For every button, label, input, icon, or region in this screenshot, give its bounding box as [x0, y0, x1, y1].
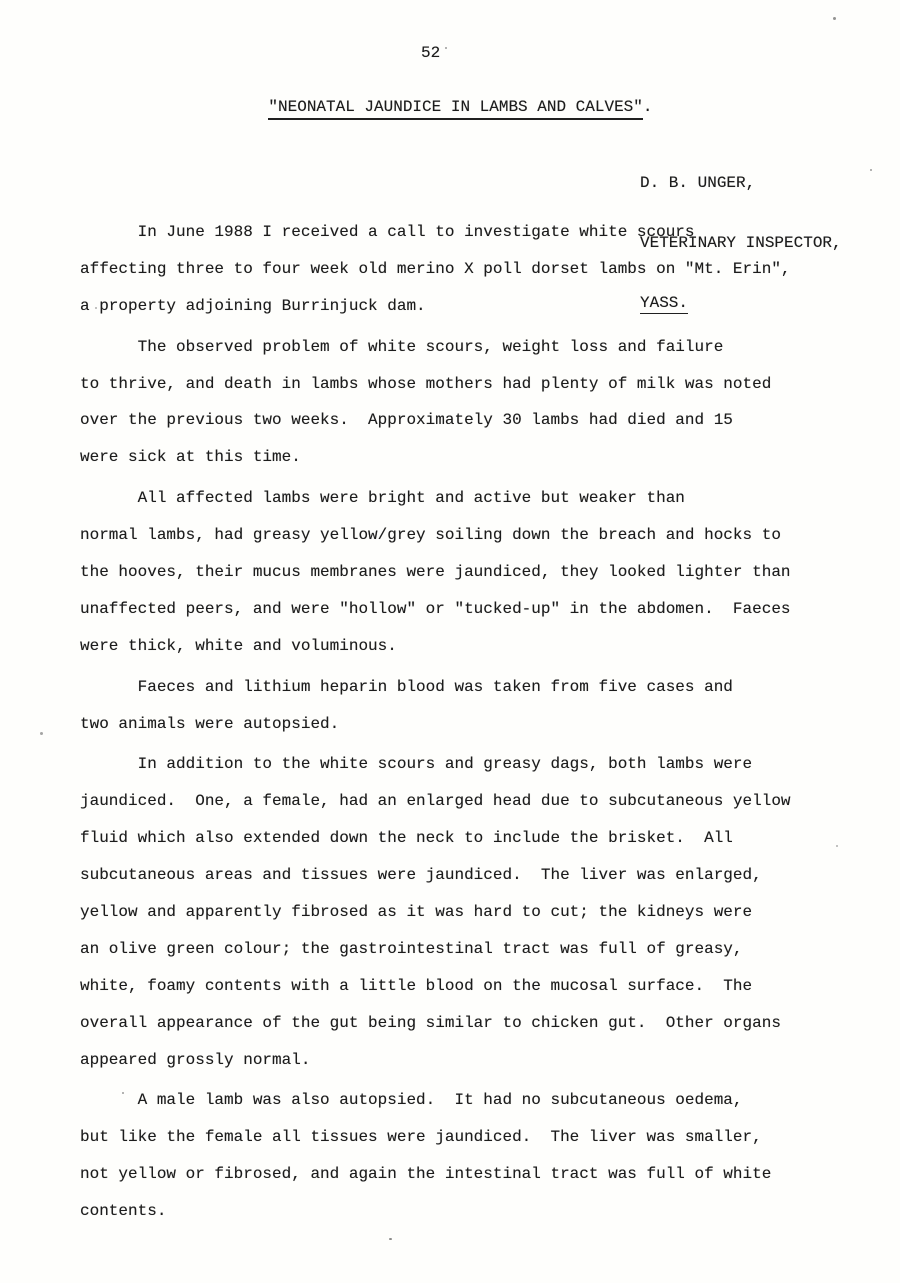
- text-line: but like the female all tissues were jau…: [80, 1119, 870, 1156]
- paragraph: In addition to the white scours and grea…: [80, 746, 870, 1078]
- text-line: The observed problem of white scours, we…: [80, 329, 870, 366]
- paragraph: The observed problem of white scours, we…: [80, 329, 870, 477]
- text-line: normal lambs, had greasy yellow/grey soi…: [80, 517, 870, 554]
- paragraph: In June 1988 I received a call to invest…: [80, 214, 870, 325]
- scan-speck: [389, 1238, 392, 1240]
- text-line: not yellow or fibrosed, and again the in…: [80, 1156, 870, 1193]
- author-name: D. B. UNGER,: [640, 173, 842, 193]
- paragraph: Faeces and lithium heparin blood was tak…: [80, 669, 870, 743]
- document-page: 52 "NEONATAL JAUNDICE IN LAMBS AND CALVE…: [0, 0, 900, 1283]
- text-line: In addition to the white scours and grea…: [80, 746, 870, 783]
- text-line: to thrive, and death in lambs whose moth…: [80, 366, 870, 403]
- paragraph: A male lamb was also autopsied. It had n…: [80, 1082, 870, 1230]
- text-line: Faeces and lithium heparin blood was tak…: [80, 669, 870, 706]
- scan-speck: [836, 845, 838, 847]
- text-line: overall appearance of the gut being simi…: [80, 1005, 870, 1042]
- text-line: In June 1988 I received a call to invest…: [80, 214, 870, 251]
- document-body: In June 1988 I received a call to invest…: [80, 214, 870, 1234]
- text-line: were thick, white and voluminous.: [80, 628, 870, 665]
- document-title-period: .: [643, 98, 653, 116]
- text-line: All affected lambs were bright and activ…: [80, 480, 870, 517]
- text-line: appeared grossly normal.: [80, 1042, 870, 1079]
- text-line: fluid which also extended down the neck …: [80, 820, 870, 857]
- text-line: contents.: [80, 1193, 870, 1230]
- text-line: jaundiced. One, a female, had an enlarge…: [80, 783, 870, 820]
- scan-speck: [95, 307, 97, 309]
- document-title-text: "NEONATAL JAUNDICE IN LAMBS AND CALVES": [268, 98, 642, 120]
- text-line: unaffected peers, and were "hollow" or "…: [80, 591, 870, 628]
- paragraph: All affected lambs were bright and activ…: [80, 480, 870, 664]
- text-line: an olive green colour; the gastrointesti…: [80, 931, 870, 968]
- text-line: two animals were autopsied.: [80, 706, 870, 743]
- scan-speck: [833, 17, 836, 20]
- text-line: a property adjoining Burrinjuck dam.: [80, 288, 870, 325]
- text-line: affecting three to four week old merino …: [80, 251, 870, 288]
- text-line: white, foamy contents with a little bloo…: [80, 968, 870, 1005]
- text-line: the hooves, their mucus membranes were j…: [80, 554, 870, 591]
- scan-speck: [445, 47, 447, 49]
- text-line: subcutaneous areas and tissues were jaun…: [80, 857, 870, 894]
- text-line: over the previous two weeks. Approximate…: [80, 402, 870, 439]
- scan-speck: [40, 732, 43, 735]
- page-number: 52: [421, 44, 440, 62]
- document-title: "NEONATAL JAUNDICE IN LAMBS AND CALVES".: [230, 80, 652, 134]
- scan-speck: [122, 1092, 124, 1094]
- scan-speck: [870, 169, 872, 171]
- text-line: yellow and apparently fibrosed as it was…: [80, 894, 870, 931]
- text-line: A male lamb was also autopsied. It had n…: [80, 1082, 870, 1119]
- text-line: were sick at this time.: [80, 439, 870, 476]
